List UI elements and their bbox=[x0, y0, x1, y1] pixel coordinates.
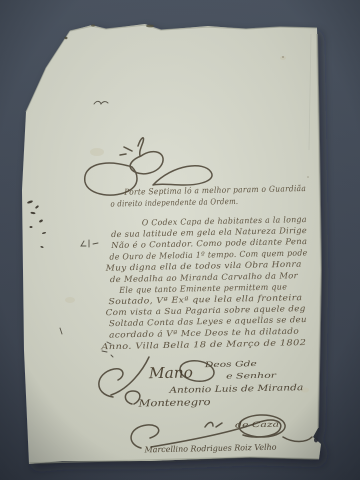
manuscript-photo: Porte Septima ló a melhor param o Guardi… bbox=[0, 0, 360, 480]
photo-canvas: Porte Septima ló a melhor param o Guardi… bbox=[0, 0, 360, 480]
photo-vignette bbox=[0, 0, 360, 480]
